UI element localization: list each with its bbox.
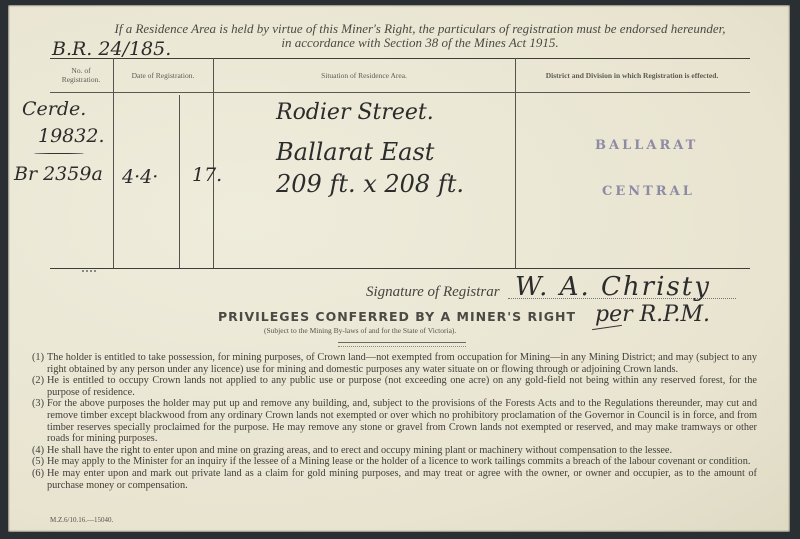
table-top-rule bbox=[50, 58, 750, 59]
situation-line-3: 209 ft. x 208 ft. bbox=[276, 170, 464, 198]
header-district: District and Division in which Registrat… bbox=[517, 71, 747, 80]
intro-line-1: If a Residence Area is held by virtue of… bbox=[90, 22, 750, 36]
header-situation: Situation of Residence Area. bbox=[215, 71, 513, 80]
header-date: Date of Registration. bbox=[115, 71, 211, 80]
clause-4: (4) He shall have the right to enter upo… bbox=[32, 445, 757, 457]
registration-no-line-3: Br 2359a bbox=[14, 163, 103, 185]
clause-1: (1) The holder is entitled to take posse… bbox=[32, 352, 757, 375]
signature-per: per R.P.M. bbox=[595, 302, 710, 327]
registration-no-line-1: Cerde. bbox=[22, 98, 86, 120]
situation-line-2: Ballarat East bbox=[276, 138, 434, 166]
intro-line-2: in accordance with Section 38 of the Min… bbox=[90, 36, 750, 50]
privileges-clauses: (1) The holder is entitled to take posse… bbox=[32, 352, 757, 491]
registration-date-year: 17. bbox=[192, 164, 222, 186]
header-registration-no: No. of Registration. bbox=[52, 66, 110, 84]
column-divider bbox=[515, 58, 516, 268]
registration-no-line-2: 19832. bbox=[38, 125, 104, 147]
column-divider bbox=[113, 58, 114, 268]
registrar-signature: W. A. Christy bbox=[515, 272, 711, 302]
intro-note: If a Residence Area is held by virtue of… bbox=[90, 22, 750, 50]
clause-2: (2) He is entitled to occupy Crown lands… bbox=[32, 375, 757, 398]
decorative-rule bbox=[338, 342, 466, 347]
dots-mark bbox=[82, 270, 96, 272]
clause-6: (6) He may enter upon and mark out priva… bbox=[32, 468, 757, 491]
privileges-heading: PRIVILEGES CONFERRED BY A MINER'S RIGHT bbox=[218, 309, 576, 324]
district-stamp-line-2: CENTRAL bbox=[602, 184, 695, 199]
table-bottom-rule bbox=[50, 268, 750, 269]
signature-label: Signature of Registrar bbox=[366, 284, 500, 301]
table-header-rule bbox=[50, 92, 750, 93]
column-divider bbox=[179, 95, 180, 268]
clause-3: (3) For the above purposes the holder ma… bbox=[32, 398, 757, 444]
underline-mark bbox=[34, 153, 84, 154]
handwritten-reference: B.R. 24/185. bbox=[52, 38, 171, 60]
situation-line-1: Rodier Street. bbox=[276, 100, 434, 125]
column-divider bbox=[213, 58, 214, 268]
privileges-subheading: (Subject to the Mining By-laws of and fo… bbox=[264, 326, 456, 335]
printer-imprint: M.Z.6/10.16.—15040. bbox=[50, 516, 113, 524]
registration-date-day-month: 4·4· bbox=[122, 166, 158, 188]
clause-5: (5) He may apply to the Minister for an … bbox=[32, 456, 757, 468]
district-stamp-line-1: BALLARAT bbox=[595, 138, 698, 153]
